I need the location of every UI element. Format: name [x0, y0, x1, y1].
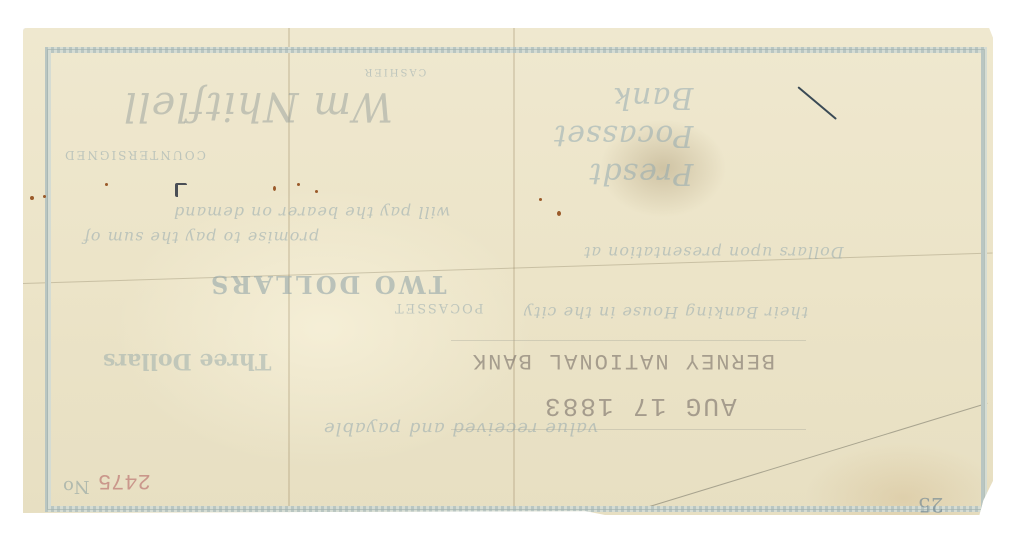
signature-president: PresdtPocassetBank	[553, 78, 693, 192]
script-line: their Banking House in the city	[523, 303, 808, 322]
rust-spot	[273, 186, 276, 191]
rust-spot	[557, 211, 561, 216]
countersigned-text: COUNTERSIGNED	[63, 148, 206, 162]
gothic-line: Three Dollars	[103, 348, 271, 374]
serial-number: 2475	[98, 468, 151, 493]
cashier-label: CASHIER	[363, 66, 426, 77]
countersigned-label: COUNTERSIGNED	[63, 148, 206, 162]
pen-mark	[175, 183, 187, 197]
sub-denomination-text: POCASSET	[393, 300, 483, 315]
script-line: will pay the bearer on demand	[173, 203, 450, 222]
corner-value: 25	[918, 493, 943, 517]
rust-spot	[539, 198, 542, 201]
bank-stamp-name: BERNEY NATIONAL BANK	[471, 348, 775, 373]
bank-stamp-date: AUG 17 1883	[543, 391, 737, 421]
cashier-text: CASHIER	[363, 66, 426, 77]
script-line: promise to pay the sum of	[83, 228, 319, 247]
rust-spot	[315, 190, 318, 193]
rust-spot	[30, 196, 34, 200]
serial-prefix: No	[63, 476, 90, 497]
denomination-text: TWO DOLLARS	[208, 270, 446, 299]
rust-spot	[105, 183, 108, 186]
signature-cashier: Wm Nhitflell	[123, 83, 393, 129]
rust-spot	[297, 183, 300, 186]
script-line: Dollars upon presentation at	[583, 243, 844, 262]
rust-spot	[43, 195, 46, 198]
banknote-paper: CASHIER COUNTERSIGNED Wm Nhitflell Presd…	[23, 28, 993, 515]
